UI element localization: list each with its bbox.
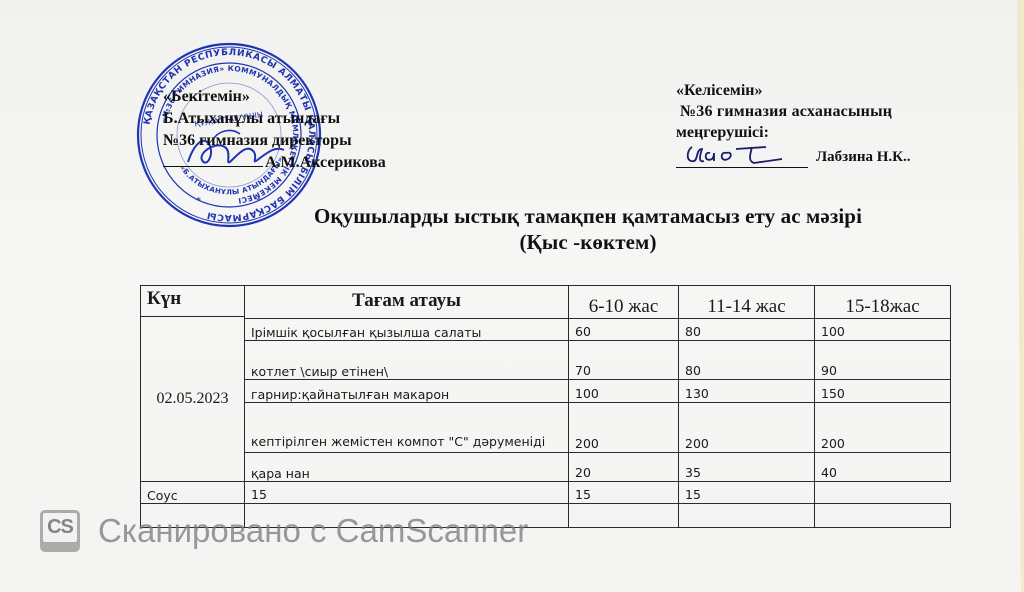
header-age-15-18: 15-18жас xyxy=(815,286,951,319)
title-line-1: Оқушыларды ыстық тамақпен қамтамасыз ету… xyxy=(258,203,918,229)
dish-name: қара нан xyxy=(245,453,569,482)
dish-name: гарнир:қайнатылған макарон xyxy=(245,380,569,403)
qty-15-18: 15 xyxy=(679,482,815,504)
table-row: Ірімшік қосылған қызылша салаты 60 80 10… xyxy=(141,319,951,341)
handwritten-signature-icon xyxy=(682,141,802,169)
approval-line-1: Б.Атыханұлы атындағы xyxy=(163,108,386,130)
qty-11-14: 80 xyxy=(679,341,815,380)
dish-name: Ірімшік қосылған қызылша салаты xyxy=(245,319,569,341)
approval-signatory: А.М.Аксерикова xyxy=(265,154,386,171)
qty-6-10: 20 xyxy=(569,453,679,482)
qty-6-10: 15 xyxy=(245,482,569,504)
qty-11-14 xyxy=(679,504,815,528)
agreement-heading: «Келісемін» xyxy=(676,80,911,101)
qty-11-14: 80 xyxy=(679,319,815,341)
table-row: кептірілген жемістен компот "С" дәрумені… xyxy=(141,403,951,453)
document-title: Оқушыларды ыстық тамақпен қамтамасыз ету… xyxy=(258,203,918,255)
dish-name: котлет \сиыр етінен\ xyxy=(245,341,569,380)
qty-15-18 xyxy=(815,504,951,528)
empty-date-cell xyxy=(141,504,245,528)
dish-name: кептірілген жемістен компот "С" дәрумені… xyxy=(245,403,569,453)
header-age-11-14: 11-14 жас xyxy=(679,286,815,319)
dish-name: Соус xyxy=(141,482,245,504)
signature-line xyxy=(676,145,808,168)
agreement-signature-row: Лабзина Н.К.. xyxy=(676,145,911,168)
menu-table: Күн Тағам атауы 6-10 жас 11-14 жас 15-18… xyxy=(140,285,951,528)
svg-text:*: * xyxy=(196,196,201,207)
approval-line-2: №36 гимназия директоры xyxy=(163,130,386,152)
scanned-page: ҚАЗАҚСТАН РЕСПУБЛИКАСЫ АЛМАТЫ ҚАЛАСЫ БІЛ… xyxy=(0,0,1024,592)
table-row: котлет \сиыр етінен\ 70 80 90 xyxy=(141,341,951,380)
approval-signature-row: А.М.Аксерикова xyxy=(163,152,386,174)
table-row: Соус 15 15 15 xyxy=(141,482,951,504)
qty-11-14: 35 xyxy=(679,453,815,482)
dish-name xyxy=(245,504,569,528)
signature-line xyxy=(163,166,263,167)
qty-11-14: 130 xyxy=(679,380,815,403)
table-header-row: Күн Тағам атауы 6-10 жас 11-14 жас 15-18… xyxy=(141,286,951,317)
agreement-block: «Келісемін» №36 гимназия асханасының мең… xyxy=(676,80,911,168)
header-dish: Тағам атауы xyxy=(245,286,569,319)
qty-6-10 xyxy=(569,504,679,528)
qty-15-18: 150 xyxy=(815,380,951,403)
qty-6-10: 200 xyxy=(569,403,679,453)
agreement-line-1: №36 гимназия асханасының xyxy=(680,101,911,122)
approval-block: «Бекітемін» Б.Атыханұлы атындағы №36 гим… xyxy=(163,86,386,174)
agreement-line-2: меңгерушісі: xyxy=(676,122,911,143)
date-cell: 02.05.2023 xyxy=(141,317,245,482)
qty-6-10: 100 xyxy=(569,380,679,403)
qty-15-18: 40 xyxy=(815,453,951,482)
qty-6-10: 60 xyxy=(569,319,679,341)
qty-6-10: 70 xyxy=(569,341,679,380)
qty-15-18: 100 xyxy=(815,319,951,341)
title-line-2: (Қыс -көктем) xyxy=(258,229,918,255)
header-day: Күн xyxy=(141,286,245,317)
table-row: қара нан 20 35 40 xyxy=(141,453,951,482)
qty-15-18: 200 xyxy=(815,403,951,453)
agreement-signatory: Лабзина Н.К.. xyxy=(816,147,911,168)
page-edge xyxy=(1014,0,1024,592)
qty-11-14: 15 xyxy=(569,482,679,504)
table-row-empty xyxy=(141,504,951,528)
header-age-6-10: 6-10 жас xyxy=(569,286,679,319)
qty-15-18: 90 xyxy=(815,341,951,380)
camscanner-logo-icon: CS xyxy=(40,510,80,552)
approval-heading: «Бекітемін» xyxy=(163,86,386,108)
table-row: гарнир:қайнатылған макарон 100 130 150 xyxy=(141,380,951,403)
qty-11-14: 200 xyxy=(679,403,815,453)
